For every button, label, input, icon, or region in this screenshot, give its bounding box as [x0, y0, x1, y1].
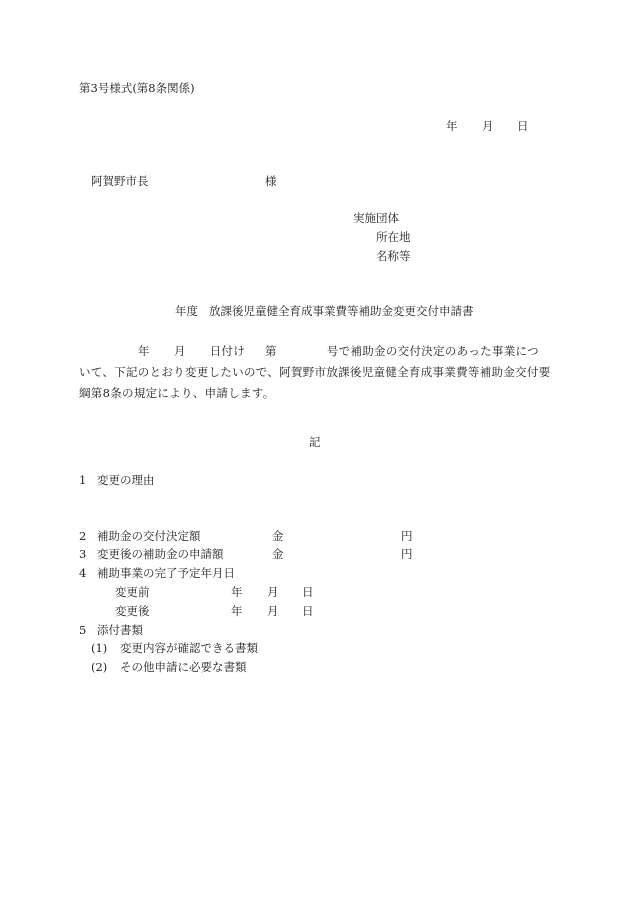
item-4-label: 補助事業の完了予定年月日: [97, 565, 235, 581]
item-4-after-day: 日: [302, 603, 314, 619]
applicant-name-label: 名称等: [376, 248, 411, 264]
form-label: 第3号様式(第8条関係): [79, 80, 195, 96]
item-4-before-month: 月: [267, 584, 279, 600]
item-2-label: 補助金の交付決定額: [97, 528, 201, 544]
addressee-honorific: 様: [265, 173, 277, 189]
applicant-address-label: 所在地: [376, 229, 411, 245]
body-month: 月: [174, 344, 186, 358]
item-2-kin: 金: [272, 528, 284, 544]
title-prefix: 年度: [175, 303, 198, 319]
item-4-after-year: 年: [231, 603, 243, 619]
document-title: 放課後児童健全育成事業費等補助金変更交付申請書: [209, 303, 474, 319]
item-3-number: 3: [79, 546, 86, 562]
item-5-sub-1-label: 変更内容が確認できる書類: [120, 640, 258, 656]
date-day: 日: [517, 118, 529, 134]
date-month: 月: [482, 118, 494, 134]
item-5-sub-1-number: (1): [91, 640, 107, 656]
body-year: 年: [138, 344, 150, 358]
applicant-heading: 実施団体: [353, 210, 399, 226]
item-5-sub-2-number: (2): [91, 659, 107, 675]
item-4-number: 4: [79, 565, 86, 581]
body-dated: 日付け: [210, 344, 245, 358]
addressee-name: 阿賀野市長: [91, 173, 149, 189]
item-2-number: 2: [79, 528, 86, 544]
body-line-1-rest: 号で補助金の交付決定のあった事業につ: [327, 344, 539, 358]
body-line-3: 綱第8条の規定により、申請します。: [79, 383, 569, 404]
item-3-yen: 円: [401, 546, 413, 562]
body-line-2: いて、下記のとおり変更したいので、阿賀野市放課後児童健全育成事業費等補助金交付要: [79, 362, 569, 383]
item-1-label: 変更の理由: [97, 472, 155, 488]
item-4-after-month: 月: [267, 603, 279, 619]
item-5-number: 5: [79, 622, 86, 638]
item-3-label: 変更後の補助金の申請額: [97, 546, 224, 562]
ki-marker: 記: [309, 434, 321, 450]
item-4-before-label: 変更前: [115, 584, 150, 600]
body-line-1: 年月日付け第号で補助金の交付決定のあった事業につ: [79, 341, 569, 362]
item-3-kin: 金: [272, 546, 284, 562]
date-year: 年: [446, 118, 458, 134]
item-4-before-day: 日: [302, 584, 314, 600]
item-4-after-label: 変更後: [115, 603, 150, 619]
body-paragraph: 年月日付け第号で補助金の交付決定のあった事業につ いて、下記のとおり変更したいの…: [79, 341, 569, 404]
item-4-before-year: 年: [231, 584, 243, 600]
item-2-yen: 円: [401, 528, 413, 544]
body-number-prefix: 第: [265, 344, 277, 358]
item-5-label: 添付書類: [97, 622, 143, 638]
item-5-sub-2-label: その他申請に必要な書類: [120, 659, 247, 675]
item-1-number: 1: [79, 472, 86, 488]
